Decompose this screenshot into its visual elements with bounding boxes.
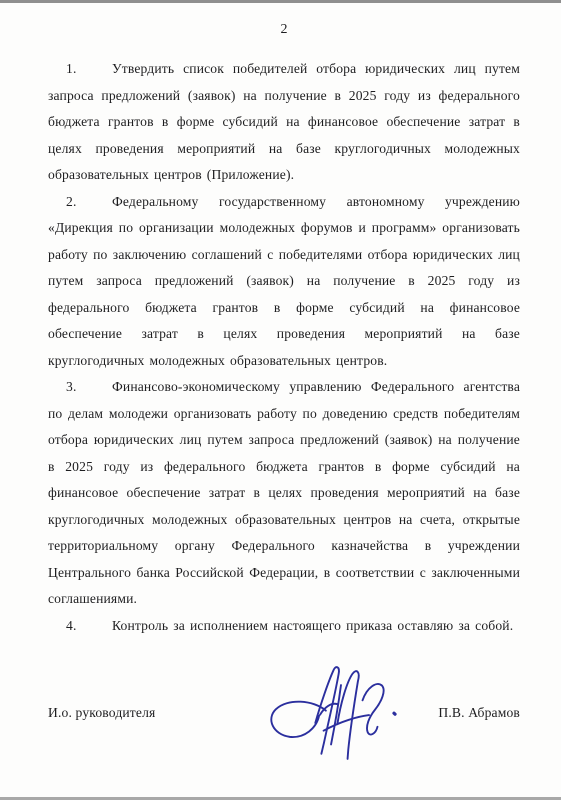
paragraph-2-number: 2. [66,189,112,216]
page-number: 2 [48,20,520,40]
paragraph-4-text: Контроль за исполнением настоящего прика… [112,618,513,633]
paragraph-3-text: Финансово-экономическому управлению Феде… [48,379,520,606]
signer-name: П.В. Абрамов [438,705,520,721]
paragraph-1: 1.Утвердить список победителей отбора юр… [48,56,520,189]
paragraph-3: 3.Финансово-экономическому управлению Фе… [48,374,520,613]
paragraph-1-text: Утвердить список победителей отбора юрид… [48,61,520,182]
paragraph-4-number: 4. [66,613,112,640]
scanned-document-page: 2 1.Утвердить список победителей отбора … [0,0,561,800]
paragraph-4: 4.Контроль за исполнением настоящего при… [48,613,520,640]
handwritten-signature [262,656,424,771]
signature-block: И.о. руководителя П.В. Абрамов [48,705,520,721]
paragraph-2-text: Федеральному государственному автономном… [48,194,520,368]
signer-position-label: И.о. руководителя [48,705,155,721]
document-content: 2 1.Утвердить список победителей отбора … [0,0,561,721]
paragraph-3-number: 3. [66,374,112,401]
paragraph-1-number: 1. [66,56,112,83]
paragraph-2: 2.Федеральному государственному автономн… [48,189,520,375]
scan-edge-top [0,0,561,3]
